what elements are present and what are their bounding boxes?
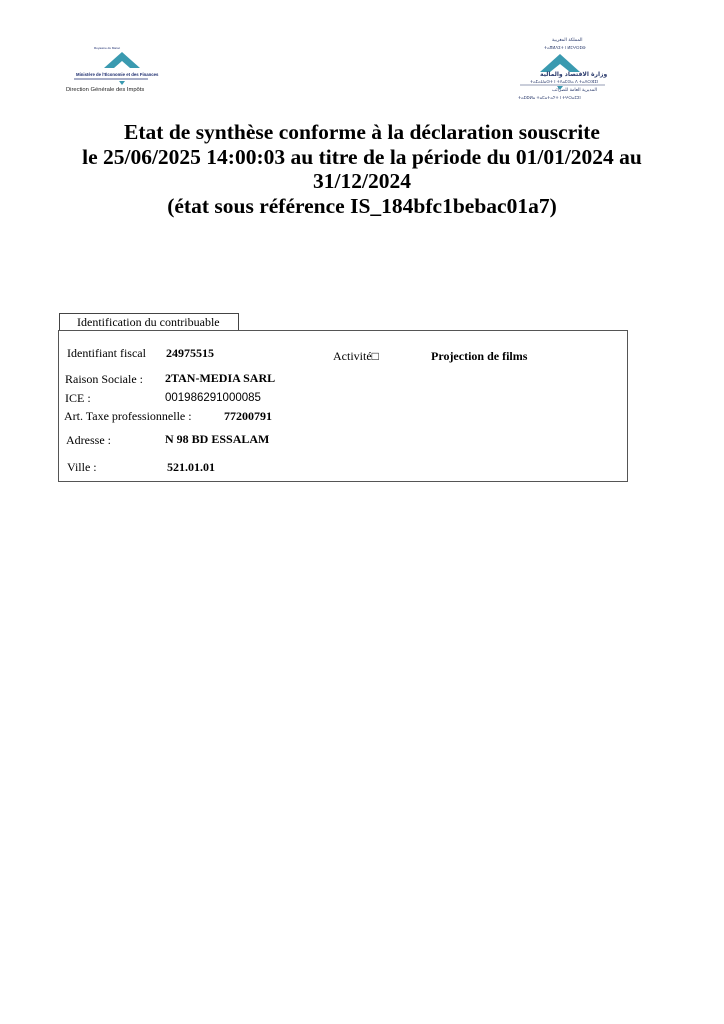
title-line-2: le 25/06/2025 14:00:03 au titre de la pé… bbox=[60, 145, 664, 170]
document-title: Etat de synthèse conforme à la déclarati… bbox=[60, 120, 664, 218]
identifiant-fiscal-value: 24975515 bbox=[166, 346, 214, 360]
identification-box: Identifiant fiscal 24975515 Activité□ Pr… bbox=[58, 330, 628, 482]
title-line-3: 31/12/2024 bbox=[60, 169, 664, 194]
directorate-text: Direction Générale des Impôts bbox=[66, 87, 144, 93]
mountain-emblem-icon bbox=[66, 44, 176, 89]
ice-label: ICE : bbox=[65, 391, 91, 405]
identification-tab: Identification du contribuable bbox=[59, 313, 239, 330]
dgi-logo-left: Royaume du Maroc Ministère de l'Économie… bbox=[66, 44, 176, 100]
adresse-value: N 98 BD ESSALAM bbox=[165, 432, 269, 446]
ministry-text: Ministère de l'Économie et des Finances bbox=[76, 72, 158, 77]
activite-value: Projection de films bbox=[431, 349, 527, 363]
ville-label: Ville : bbox=[67, 460, 97, 474]
title-line-1: Etat de synthèse conforme à la déclarati… bbox=[60, 120, 664, 145]
title-line-4: (état sous référence IS_184bfc1bebac01a7… bbox=[60, 194, 664, 219]
ministry-text-tfng: ⵜⴰⵎⴰⵡⴰⵙⵜ ⵏ ⵜⴷⴰⵎⵙⴰ ⴷ ⵜⴰⴷⵔⴼⵉⵏ bbox=[530, 79, 598, 84]
dgi-logo-right: المملكة المغربية ⵜⴰⴳⵍⴷⵉⵜ ⵏ ⵍⵎⵖⵔⵉⴱ وزارة … bbox=[510, 36, 630, 106]
taxe-pro-label: Art. Taxe professionnelle : bbox=[64, 409, 192, 423]
adresse-label: Adresse : bbox=[66, 433, 111, 447]
raison-sociale-label: Raison Sociale : bbox=[65, 372, 143, 386]
ville-value: 521.01.01 bbox=[167, 460, 215, 474]
identifiant-fiscal-label: Identifiant fiscal bbox=[67, 346, 146, 360]
raison-sociale-value: 2TAN-MEDIA SARL bbox=[165, 371, 275, 385]
directorate-text-ar: المديرية العامة للضرائب bbox=[552, 88, 597, 93]
ministry-text-ar: وزارة الاقتصاد والمالية bbox=[540, 71, 607, 78]
ice-value: 001986291000085 bbox=[165, 391, 261, 405]
taxe-pro-value: 77200791 bbox=[224, 409, 272, 423]
activite-label: Activité□ bbox=[333, 349, 379, 363]
directorate-text-tfng: ⵜⴰⵎⵀⵍⴰ ⵜⴰⵎⴰⵜⴰⵢⵜ ⵏ ⵜⵖⵔⴰⵎⵉⵏ bbox=[518, 95, 581, 100]
